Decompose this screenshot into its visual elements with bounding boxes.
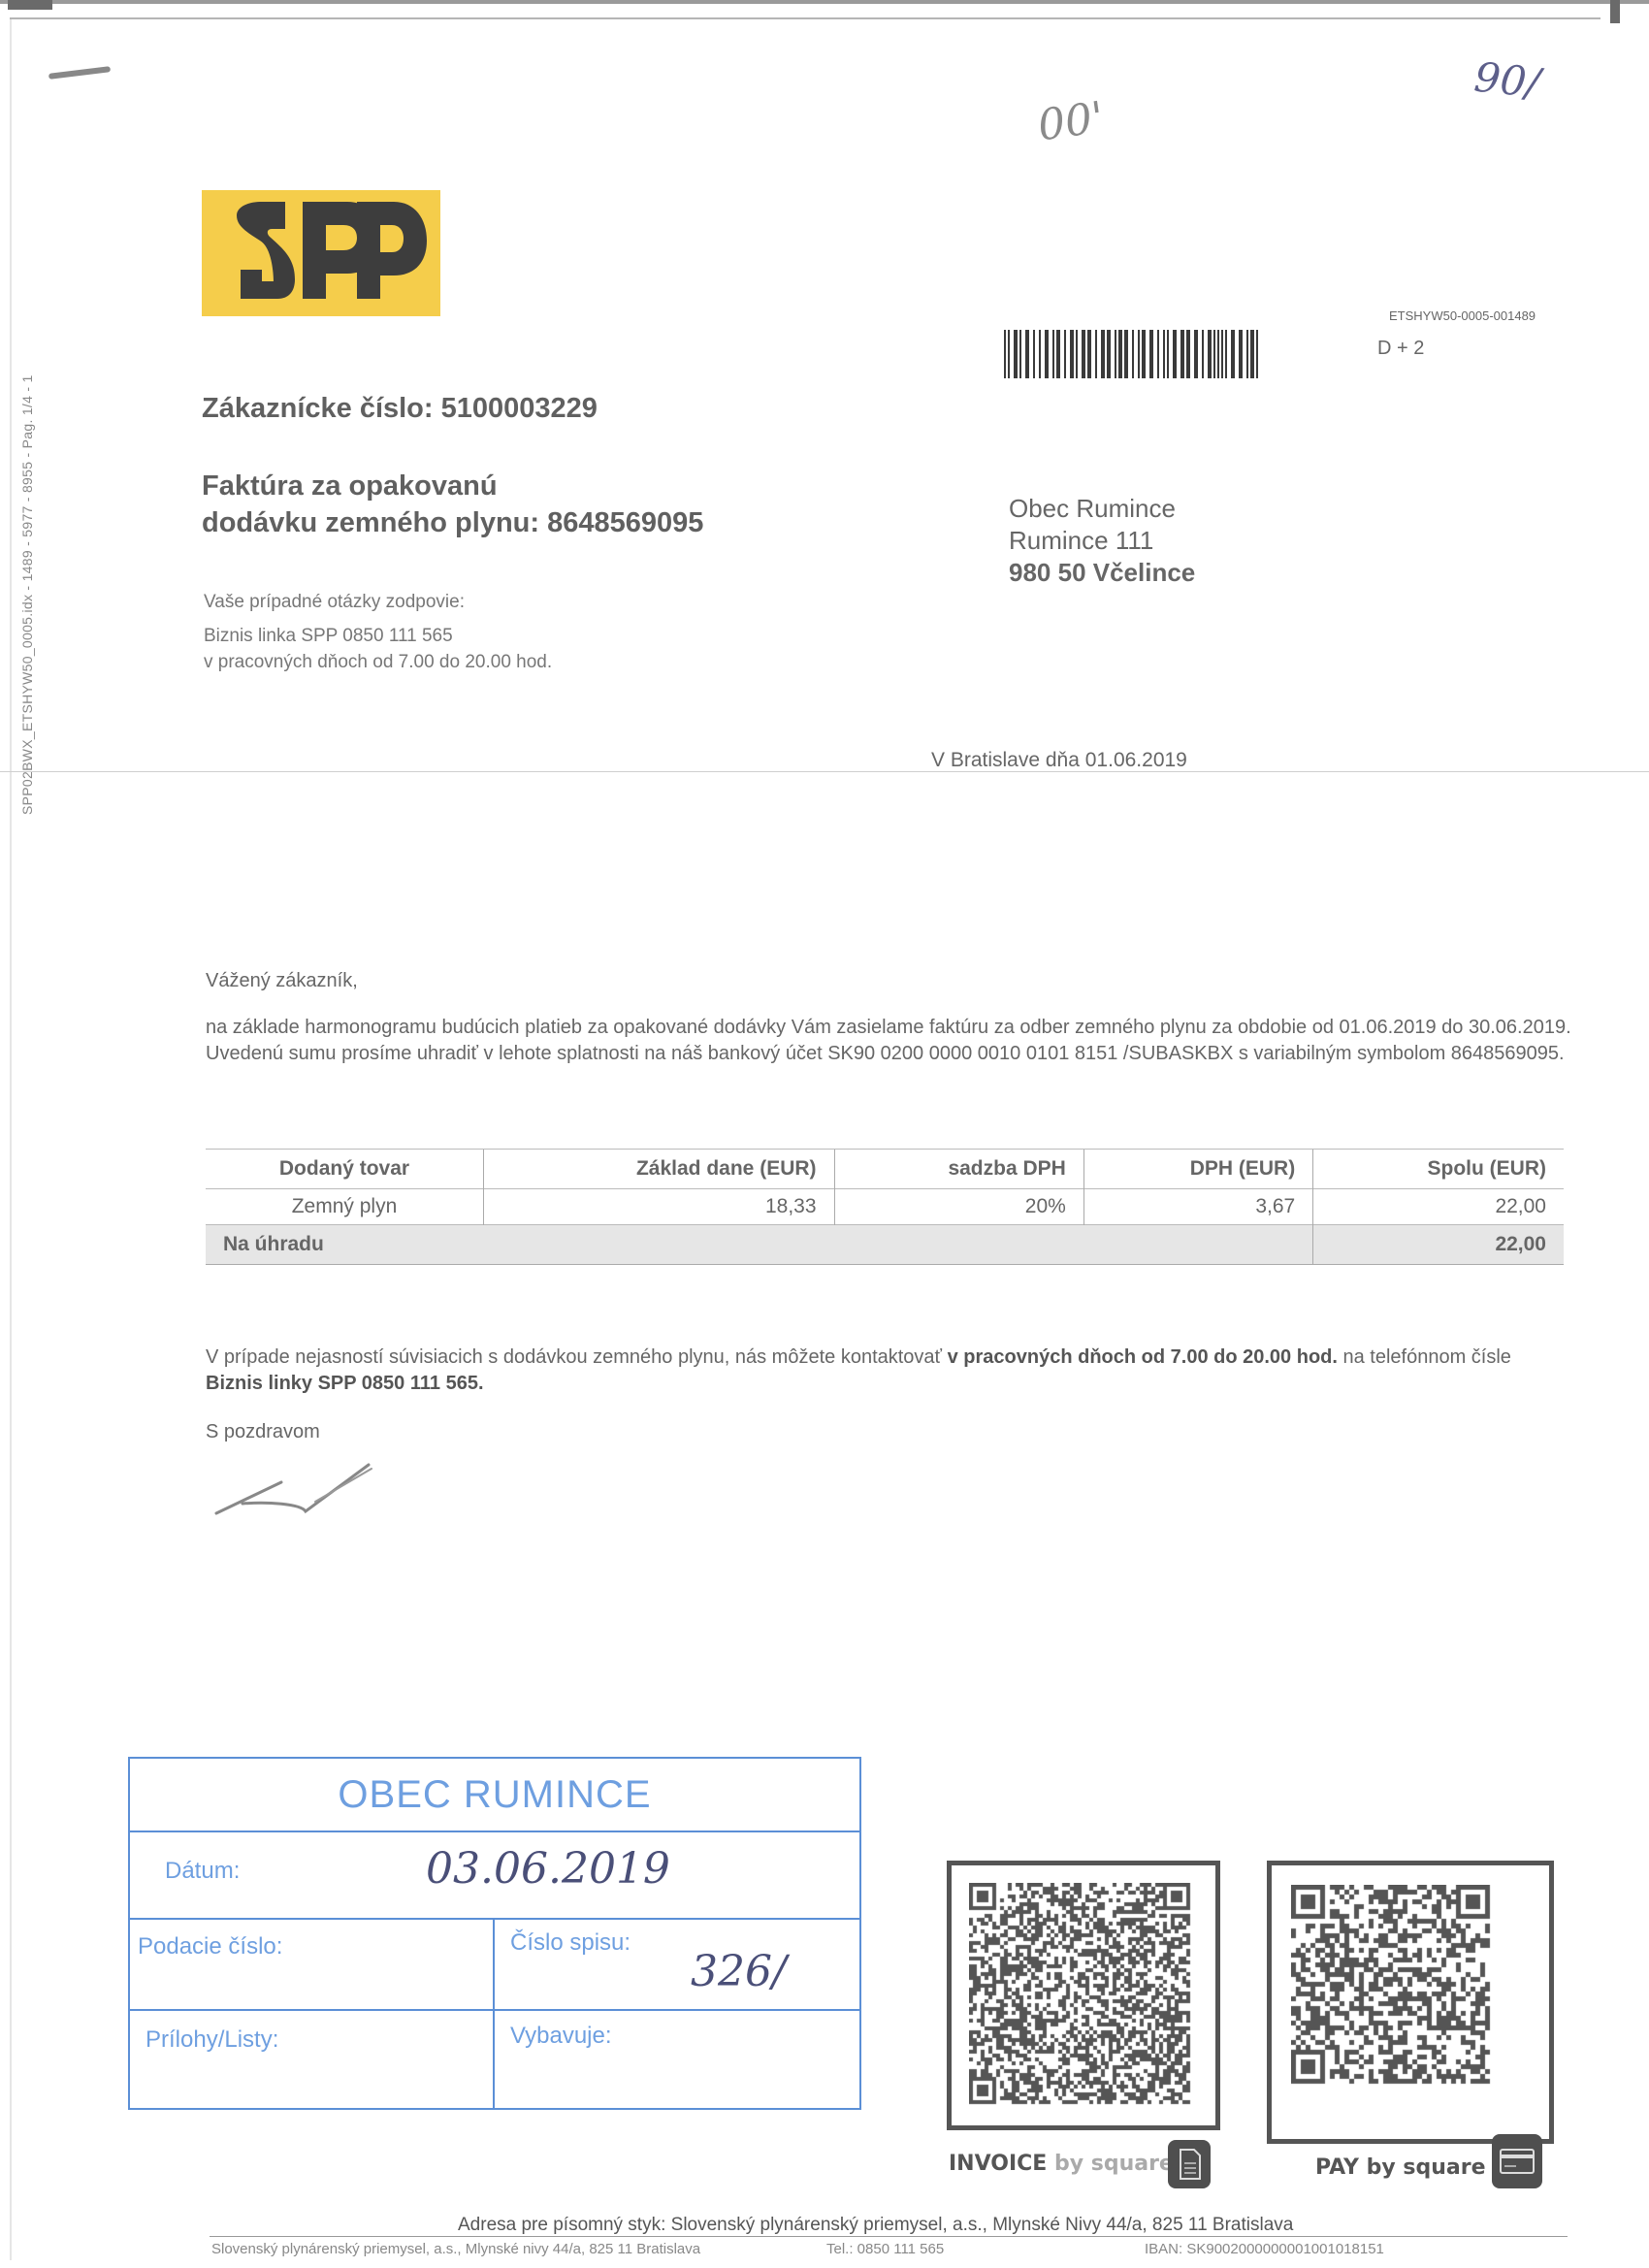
- spp-logo: [202, 190, 440, 316]
- recipient-address: Obec Rumince Rumince 111 980 50 Včelince: [1009, 493, 1195, 589]
- contact-paragraph: V prípade nejasností súvisiacich s dodáv…: [206, 1345, 1564, 1397]
- contact-info: Vaše prípadné otázky zodpovie: Biznis li…: [204, 589, 552, 675]
- footer-phone: Tel.: 0850 111 565: [826, 2241, 944, 2257]
- footer-company: Slovenský plynárenský priemysel, a.s., M…: [211, 2241, 700, 2257]
- closing: S pozdravom: [206, 1421, 320, 1443]
- contact-hours-bold: v pracovných dňoch od 7.00 do 20.00 hod.: [948, 1346, 1338, 1368]
- fold-line: [0, 771, 1649, 772]
- total-value: 22,00: [1313, 1225, 1564, 1265]
- invoice-title: Faktúra za opakovanú dodávku zemného ply…: [202, 468, 703, 541]
- stamp-handled-label: Vybavuje:: [510, 2023, 612, 2050]
- col-header: Základ dane (EUR): [484, 1150, 835, 1189]
- document-id: ETSHYW50-0005-001489: [1389, 308, 1536, 323]
- registry-stamp: OBEC RUMINCE Dátum: 03.06.2019 Podacie č…: [128, 1757, 861, 2110]
- customer-number: Zákaznícke číslo: 5100003229: [202, 393, 598, 425]
- invoice-title-line2: dodávku zemného plynu: 8648569095: [202, 504, 703, 541]
- page-edge: [10, 19, 12, 2260]
- stamp-file-label: Číslo spisu:: [510, 1929, 630, 1957]
- stamp-divider: [130, 2009, 859, 2011]
- invoice-qr-code[interactable]: [947, 1861, 1220, 2130]
- letter-paragraph: Uvedenú sumu prosíme uhradiť v lehote sp…: [206, 1041, 1573, 1067]
- invoice-title-line1: Faktúra za opakovanú: [202, 468, 703, 504]
- contact-phone-bold: Biznis linky SPP 0850 111 565.: [206, 1373, 484, 1394]
- stamp-date-row: Dátum: 03.06.2019: [130, 1832, 859, 1920]
- stamp-divider: [493, 1918, 495, 2108]
- pay-qr-code[interactable]: [1267, 1861, 1554, 2144]
- scan-corner: [8, 0, 52, 10]
- recipient-street: Rumince 111: [1009, 525, 1195, 557]
- handwritten-note: 00': [1035, 93, 1108, 151]
- contact-text: na telefónnom čísle: [1338, 1346, 1511, 1368]
- footer-iban: IBAN: SK9002000000001001018151: [1145, 2241, 1384, 2257]
- col-header: sadzba DPH: [834, 1150, 1083, 1189]
- handwritten-note: 90/: [1472, 53, 1542, 108]
- letter-paragraph: na základe harmonogramu budúcich platieb…: [206, 1015, 1573, 1041]
- scan-index-text: SPP02BWX_ETSHYW50_0005.idx - 1489 - 5977…: [19, 374, 35, 815]
- scan-corner: [1610, 0, 1620, 23]
- cell-vat: 3,67: [1083, 1189, 1312, 1225]
- scan-top-edge: [0, 0, 1649, 4]
- col-header: DPH (EUR): [1083, 1150, 1312, 1189]
- stamp-date-value: 03.06.2019: [426, 1844, 670, 1894]
- document-icon: [1168, 2140, 1211, 2188]
- correspondence-address: Adresa pre písomný styk: Slovenský plyná…: [458, 2215, 1293, 2236]
- place-date: V Bratislave dňa 01.06.2019: [931, 749, 1187, 772]
- stamp-date-label: Dátum:: [165, 1858, 240, 1885]
- table-header-row: Dodaný tovar Základ dane (EUR) sadzba DP…: [206, 1150, 1564, 1189]
- col-header: Spolu (EUR): [1313, 1150, 1564, 1189]
- payment-card-icon: [1492, 2134, 1542, 2188]
- invoice-table: Dodaný tovar Základ dane (EUR) sadzba DP…: [206, 1149, 1564, 1265]
- contact-text: V prípade nejasností súvisiacich s dodáv…: [206, 1346, 948, 1368]
- contact-intro: Vaše prípadné otázky zodpovie:: [204, 589, 552, 615]
- invoice-by-square-label: INVOICE by square: [949, 2152, 1174, 2176]
- table-total-row: Na úhradu 22,00: [206, 1225, 1564, 1265]
- signature: [209, 1455, 383, 1538]
- letter-body: na základe harmonogramu budúcich platieb…: [206, 1015, 1573, 1067]
- page-edge: [10, 17, 1600, 19]
- col-header: Dodaný tovar: [206, 1150, 484, 1189]
- cell-item: Zemný plyn: [206, 1189, 484, 1225]
- cell-total: 22,00: [1313, 1189, 1564, 1225]
- spp-logo-icon: [202, 190, 440, 316]
- stamp-attachments-label: Prílohy/Listy:: [145, 2026, 278, 2054]
- delivery-code: D + 2: [1377, 338, 1424, 360]
- pay-by-square-label: PAY by square: [1315, 2155, 1485, 2180]
- total-label: Na úhradu: [206, 1225, 1313, 1265]
- stamp-filing-label: Podacie číslo:: [138, 1933, 282, 1960]
- table-row: Zemný plyn 18,33 20% 3,67 22,00: [206, 1189, 1564, 1225]
- barcode: [1004, 330, 1305, 378]
- staple-mark: [48, 66, 111, 80]
- contact-hours: v pracovných dňoch od 7.00 do 20.00 hod.: [204, 649, 552, 675]
- cell-vat-rate: 20%: [834, 1189, 1083, 1225]
- recipient-city: 980 50 Včelince: [1009, 557, 1195, 589]
- footer-divider: [210, 2236, 1568, 2237]
- stamp-file-value: 326/: [691, 1947, 787, 1996]
- stamp-title: OBEC RUMINCE: [130, 1759, 859, 1832]
- contact-line: Biznis linka SPP 0850 111 565: [204, 623, 552, 649]
- recipient-name: Obec Rumince: [1009, 493, 1195, 525]
- cell-tax-base: 18,33: [484, 1189, 835, 1225]
- salutation: Vážený zákazník,: [206, 970, 358, 992]
